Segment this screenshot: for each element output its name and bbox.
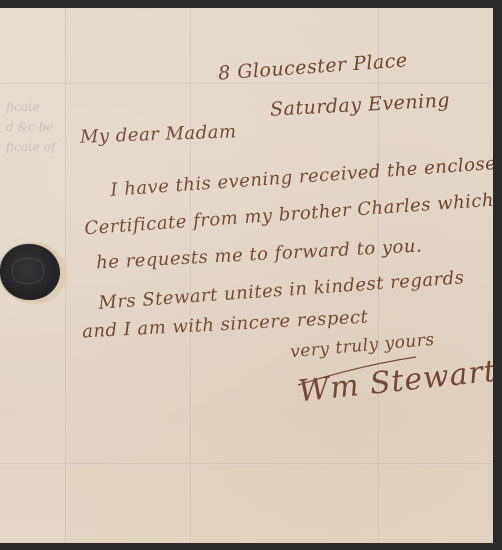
wax-seal — [0, 244, 60, 300]
fold-line-horizontal — [0, 463, 493, 465]
bleed-through-text: ficate of — [6, 140, 55, 154]
letter-body-line: he requests me to forward to you. — [96, 235, 423, 273]
letter-date: Saturday Evening — [270, 89, 451, 120]
letter-paper: ficate d &c be ficate of 8 Gloucester Pl… — [0, 8, 493, 543]
fold-line-horizontal — [0, 83, 493, 85]
letter-salutation: My dear Madam — [80, 121, 237, 147]
bleed-through-text: d &c be — [6, 120, 54, 134]
letter-body-line: Mrs Stewart unites in kindest regards — [98, 267, 465, 314]
bleed-through-text: ficate — [6, 100, 40, 114]
scan-frame: ficate d &c be ficate of 8 Gloucester Pl… — [0, 0, 502, 550]
